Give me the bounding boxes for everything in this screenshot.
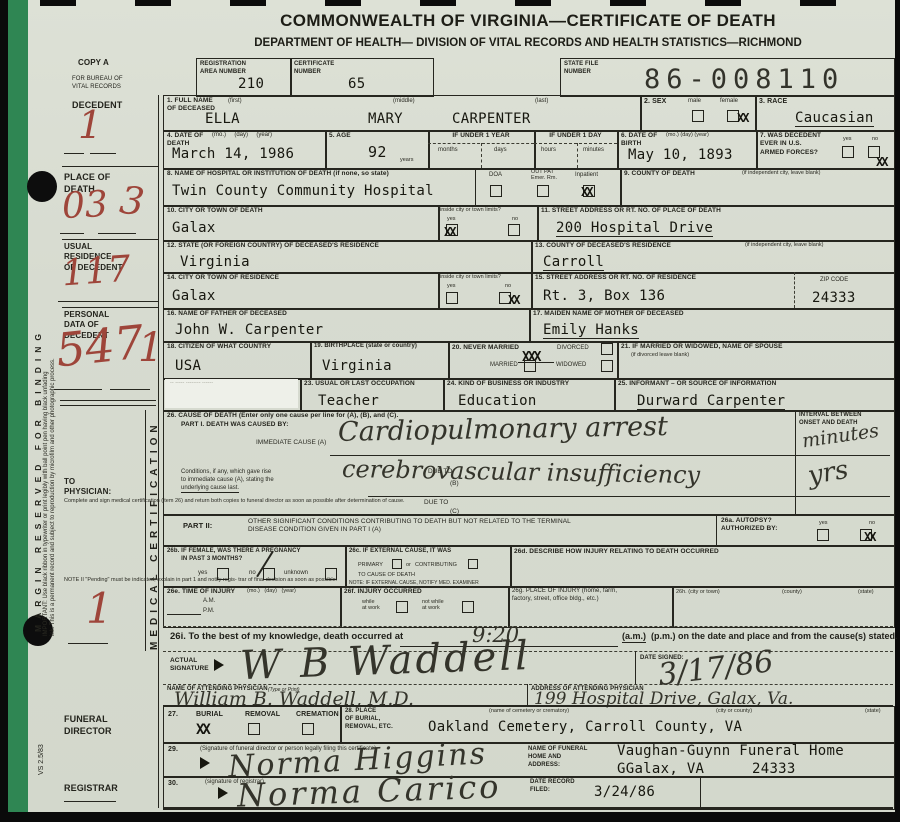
time-units: (mo.) (day) (year) (247, 588, 296, 594)
writing-line (368, 496, 890, 497)
limits2-no-mark: XX (508, 293, 518, 307)
red-code: 1 (78, 110, 102, 140)
widowed-label: WIDOWED (556, 362, 586, 368)
cause-b-handwriting: cerebrovascular insufficiency (342, 459, 700, 487)
autopsy-yes-checkbox[interactable] (817, 529, 829, 541)
widowed-checkbox[interactable] (601, 360, 613, 372)
age-unit: years (400, 157, 413, 163)
county-note: (if independent city, leave blank) (742, 170, 820, 176)
pregnancy-yes-checkbox[interactable] (217, 568, 229, 580)
fd-number: 29. (168, 745, 178, 754)
state-file-number: 86-008110 (644, 64, 844, 95)
yes-label: yes (447, 283, 456, 289)
removal-checkbox[interactable] (248, 723, 260, 735)
not-while-at-work-checkbox[interactable] (462, 601, 474, 613)
yes-label: yes (843, 136, 852, 142)
city-residence-value: Galax (172, 289, 216, 303)
red-code: 1 (86, 592, 113, 626)
city-of-death-value: Galax (172, 221, 216, 235)
while-at-work-label: while at work (362, 599, 380, 611)
divider (527, 684, 528, 706)
line (110, 389, 150, 390)
middle-sublabel: (middle) (393, 98, 415, 104)
primary-checkbox[interactable] (392, 559, 402, 569)
zip-label: ZIP CODE (820, 277, 848, 283)
physician-note: Complete and sign medical certification … (64, 498, 132, 505)
doa-label: DOA (489, 172, 502, 178)
state-file-label: STATE FILE NUMBER (564, 61, 598, 77)
margin-binding-text: MARGIN RESERVED FOR BINDING (33, 328, 43, 632)
street-of-death-label: 11. STREET ADDRESS OR RT. NO. OF PLACE O… (541, 207, 721, 215)
burial-label: BURIAL (196, 710, 223, 719)
date-of-death-value: March 14, 1986 (172, 147, 294, 161)
injury-occurred-label: 26f. INJURY OCCURRED (344, 588, 422, 596)
funeral-home-label: NAME OF FUNERAL HOME AND ADDRESS: (528, 746, 588, 769)
part1-label: PART I. DEATH WAS CAUSED BY: (181, 421, 289, 429)
sex-label: 2. SEX (644, 97, 666, 106)
divider (62, 307, 158, 308)
due-to-c-label: DUE TO (424, 499, 448, 506)
while-at-work-checkbox[interactable] (396, 601, 408, 613)
hospital-value: Twin County Community Hospital (172, 184, 434, 198)
divider (577, 143, 578, 168)
part2-label: PART II: (183, 521, 212, 531)
copy-label: COPY A (78, 58, 109, 68)
not-while-at-work-label: not while at work (422, 599, 444, 611)
pm-label: P.M. (203, 608, 215, 614)
doa-checkbox[interactable] (490, 185, 502, 197)
line (90, 153, 116, 154)
zip-value: 24333 (812, 291, 856, 305)
margin-important-text: ink. This is a permanent record and subj… (50, 358, 56, 636)
interval-b-handwriting: yrs (806, 459, 850, 489)
actual-signature-label: ACTUAL SIGNATURE (170, 657, 209, 674)
armed-no-mark: XX (876, 155, 886, 169)
state-residence-value: Virginia (180, 255, 250, 269)
contributing-checkbox[interactable] (468, 559, 478, 569)
date-filed-value: 3/24/86 (594, 785, 655, 799)
red-code: 3 (118, 185, 146, 218)
pregnancy-label: 26b. IF FEMALE, WAS THERE A PREGNANCY IN… (167, 548, 301, 564)
limits2-yes-checkbox[interactable] (446, 292, 458, 304)
father-label: 16. NAME OF FATHER OF DECEASED (167, 310, 287, 318)
spouse-label: 21. IF MARRIED OR WIDOWED, NAME OF SPOUS… (621, 343, 783, 351)
section-registrar: REGISTRAR (64, 783, 118, 795)
external-cause-label: 26c. IF EXTERNAL CAUSE, IT WAS (349, 548, 451, 556)
minutes-label: minutes (583, 147, 604, 153)
age-label: 5. AGE (329, 132, 351, 140)
injury-county-label: (county) (782, 589, 802, 595)
removal-label: REMOVAL (245, 710, 280, 719)
attestation-text-end: (p.m.) on the date and place and from th… (651, 631, 898, 641)
street-of-death-value: 200 Hospital Drive (556, 221, 713, 237)
form-number: VS 2.5/83 (38, 744, 45, 775)
cause-a-handwriting: Cardiopulmonary arrest (338, 415, 668, 445)
section-to-physician: TO PHYSICIAN: (64, 477, 111, 498)
spouse-note: (if divorced leave blank) (631, 352, 689, 358)
county-of-death-label: 9. COUNTY OF DEATH (624, 170, 695, 178)
street-residence-value: Rt. 3, Box 136 (543, 289, 665, 303)
ssn-remnant: -- ----- -------- ------ (170, 380, 213, 386)
city-residence-label: 14. CITY OR TOWN OF RESIDENCE (167, 274, 279, 282)
male-label: male (688, 98, 701, 104)
mother-label: 17. MAIDEN NAME OF MOTHER OF DECEASED (533, 310, 684, 318)
citizen-label: 18. CITIZEN OF WHAT COUNTRY (167, 343, 271, 351)
divider (534, 143, 617, 144)
divider (145, 410, 146, 651)
divider (62, 166, 158, 167)
age-value: 92 (368, 145, 387, 160)
certificate-scan: MARGIN RESERVED FOR BINDING IMPORTANT: U… (0, 0, 900, 822)
divider (62, 239, 158, 240)
county-residence-note: (if independent city, leave blank) (745, 242, 823, 248)
father-value: John W. Carpenter (175, 323, 323, 337)
date-filed-label: DATE RECORD FILED: (530, 779, 575, 795)
line (98, 233, 136, 234)
no-label: no (505, 283, 511, 289)
inpatient-label: Inpatient (575, 172, 598, 178)
registrar-signature[interactable]: Norma Carico (237, 772, 502, 810)
race-label: 3. RACE (759, 97, 787, 106)
arrow-icon (214, 659, 224, 671)
no-label: no (869, 520, 875, 526)
dob-units: (mo.) (day) (year) (666, 132, 709, 138)
divider (795, 410, 796, 514)
no-label: no (512, 216, 518, 222)
hours-label: hours (541, 147, 556, 153)
divider (794, 272, 795, 308)
limits-no-checkbox[interactable] (508, 224, 520, 236)
informant-label: 25. INFORMANT – OR SOURCE OF INFORMATION (618, 380, 776, 388)
state-sublabel: (state) (865, 708, 881, 714)
line (54, 389, 102, 390)
city-of-death-label: 10. CITY OR TOWN OF DEATH (167, 207, 263, 215)
certificate-value: 65 (348, 77, 365, 91)
state-residence-label: 12. STATE (OR FOREIGN COUNTRY) OF DECEAS… (167, 242, 379, 250)
binding-strip (8, 0, 28, 812)
industry-value: Education (458, 394, 537, 408)
name-first-value: ELLA (205, 112, 240, 126)
primary-label: PRIMARY (358, 562, 383, 568)
limits-label: inside city or town limits? (440, 207, 501, 213)
cremation-label: CREMATION (296, 710, 339, 719)
certificate-label: CERTIFICATE NUMBER (294, 61, 334, 77)
place-of-injury-label: 26g. PLACE OF INJURY (home, farm, factor… (512, 588, 617, 604)
first-sublabel: (first) (228, 98, 242, 104)
male-checkbox[interactable] (692, 110, 704, 122)
cemetery-sublabel: (name of cemetery or crematory) (489, 708, 569, 714)
divider (475, 168, 476, 205)
or-label: or (406, 562, 411, 568)
divider (163, 684, 893, 685)
injury-description-label: 26d. DESCRIBE HOW INJURY RELATING TO DEA… (514, 548, 719, 556)
female-label: female (720, 98, 738, 104)
conditions-note-underlined: underlying cause last. (181, 485, 239, 493)
scan-edge-ticks (40, 0, 893, 6)
date-of-birth-value: May 10, 1893 (628, 148, 733, 162)
divider (700, 776, 701, 808)
registration-value: 210 (238, 77, 264, 91)
armed-forces-label: 7. WAS DECEDENT EVER IN U.S. ARMED FORCE… (760, 132, 821, 157)
bureau-label: FOR BUREAU OF VITAL RECORDS (72, 76, 123, 92)
red-code: 547 (54, 324, 145, 370)
divorced-label: DIVORCED (557, 345, 589, 351)
injury-city-label: 26h. (city or town) (676, 589, 720, 595)
yes-label: yes (198, 570, 207, 576)
occupation-label: 23. USUAL OR LAST OCCUPATION (304, 380, 415, 388)
occupation-value: Teacher (318, 394, 379, 408)
yes-label: yes (819, 520, 828, 526)
cremation-checkbox[interactable] (302, 723, 314, 735)
am-underlined: (a.m.) (622, 631, 646, 643)
limits-yes-mark: XX (444, 225, 454, 239)
autopsy-no-mark: XX (864, 530, 874, 544)
divider (60, 405, 156, 406)
never-married-label: 20. NEVER MARRIED (452, 344, 519, 352)
divider (635, 651, 636, 684)
funeral-home-name: Vaughan-Guynn Funeral Home (617, 744, 844, 758)
divider (716, 514, 717, 545)
funeral-home-city: GGalax, VA (617, 762, 704, 776)
physician-signature[interactable]: W B Waddell (239, 638, 531, 684)
county-residence-value: Carroll (543, 255, 604, 271)
citizen-value: USA (175, 359, 201, 373)
armed-yes-checkbox[interactable] (842, 146, 854, 158)
line (64, 153, 84, 154)
months-label: months (438, 147, 458, 153)
birthplace-value: Virginia (322, 359, 392, 373)
days-label: days (494, 147, 507, 153)
divider (60, 400, 156, 401)
married-checkbox[interactable] (524, 360, 536, 372)
line (60, 233, 84, 234)
page-title: COMMONWEALTH OF VIRGINIA—CERTIFICATE OF … (163, 11, 893, 31)
hospital-label: 8. NAME OF HOSPITAL OR INSTITUTION OF DE… (167, 170, 389, 178)
date-units: (mo.) (day) (year) (212, 132, 272, 138)
place-of-burial-label: 28. PLACE OF BURIAL, REMOVAL, ETC. (345, 708, 393, 731)
county-residence-label: 13. COUNTY OF DECEASED'S RESIDENCE (535, 242, 671, 250)
place-of-burial-value: Oakland Cemetery, Carroll County, VA (428, 720, 742, 734)
pregnancy-unknown-checkbox[interactable] (325, 568, 337, 580)
injury-state-label: (state) (858, 589, 874, 595)
name-middle-value: MARY (368, 112, 403, 126)
under-one-year-label: IF UNDER 1 YEAR (428, 132, 534, 140)
funeral-home-zip: 24333 (752, 762, 796, 776)
divider (163, 626, 893, 627)
margin-important-text: IMPORTANT: Use black ribbon in typewrite… (43, 371, 49, 636)
line (58, 301, 158, 302)
no-label: no (872, 136, 878, 142)
street-residence-label: 15. STREET ADDRESS OR RT. NO. OF RESIDEN… (535, 274, 696, 282)
burial-mark: XX (196, 722, 209, 738)
red-code: 03 (61, 191, 108, 222)
yes-label: yes (447, 216, 456, 222)
divider (481, 143, 482, 168)
divider (163, 807, 893, 809)
red-code: 117 (61, 256, 132, 290)
industry-label: 24. KIND OF BUSINESS OR INDUSTRY (447, 380, 569, 388)
divorced-checkbox[interactable] (601, 343, 613, 355)
city-county-sublabel: (city or county) (716, 708, 752, 714)
line (68, 643, 108, 644)
divider (158, 95, 159, 808)
registrar-number: 30. (168, 779, 178, 788)
contributing-label: CONTRIBUTING (415, 562, 457, 568)
race-value: Caucasian (795, 111, 874, 127)
am-label: A.M. (203, 598, 215, 604)
name-last-value: CARPENTER (452, 112, 531, 126)
part2-text: OTHER SIGNIFICANT CONDITIONS CONTRIBUTIN… (248, 518, 571, 535)
no-label: no (249, 570, 256, 576)
outpatient-label: OUT PAT Emer. Rm. (531, 169, 557, 181)
pregnancy-no-checkbox[interactable] (263, 568, 275, 580)
section-funeral-director: FUNERAL DIRECTOR (64, 714, 112, 737)
outpatient-checkbox[interactable] (537, 185, 549, 197)
inpatient-mark: XX (581, 185, 591, 199)
unknown-label: unknown (284, 570, 308, 576)
under-one-day-label: IF UNDER 1 DAY (534, 132, 617, 140)
arrow-icon (200, 757, 210, 769)
birthplace-label: 19. BIRTHPLACE (state or country) (314, 343, 417, 351)
registration-label: REGISTRATION AREA NUMBER (200, 61, 246, 77)
page-subtitle: DEPARTMENT OF HEALTH— DIVISION OF VITAL … (163, 37, 893, 49)
conditions-note: Conditions, if any, which gave rise to i… (181, 468, 274, 485)
time-of-injury-label: 26e. TIME OF INJURY (167, 588, 235, 596)
female-check-mark: XX (737, 111, 747, 125)
informant-value: Durward Carpenter (637, 394, 785, 410)
married-label: MARRIED (490, 362, 518, 368)
limits2-label: inside city or town limits? (440, 274, 501, 280)
hole-punch (27, 171, 57, 202)
autopsy-label: 26a. AUTOPSY? AUTHORIZED BY: (721, 517, 778, 534)
arrow-icon (218, 787, 228, 799)
mother-value: Emily Hanks (543, 323, 639, 339)
red-code: 1 (138, 332, 163, 364)
to-cause-label: TO CAUSE OF DEATH (358, 572, 415, 578)
disposition-number: 27. (168, 710, 178, 719)
line (167, 614, 201, 615)
immediate-cause-label: IMMEDIATE CAUSE (A) (256, 439, 326, 446)
line (64, 801, 116, 802)
last-sublabel: (last) (535, 98, 548, 104)
